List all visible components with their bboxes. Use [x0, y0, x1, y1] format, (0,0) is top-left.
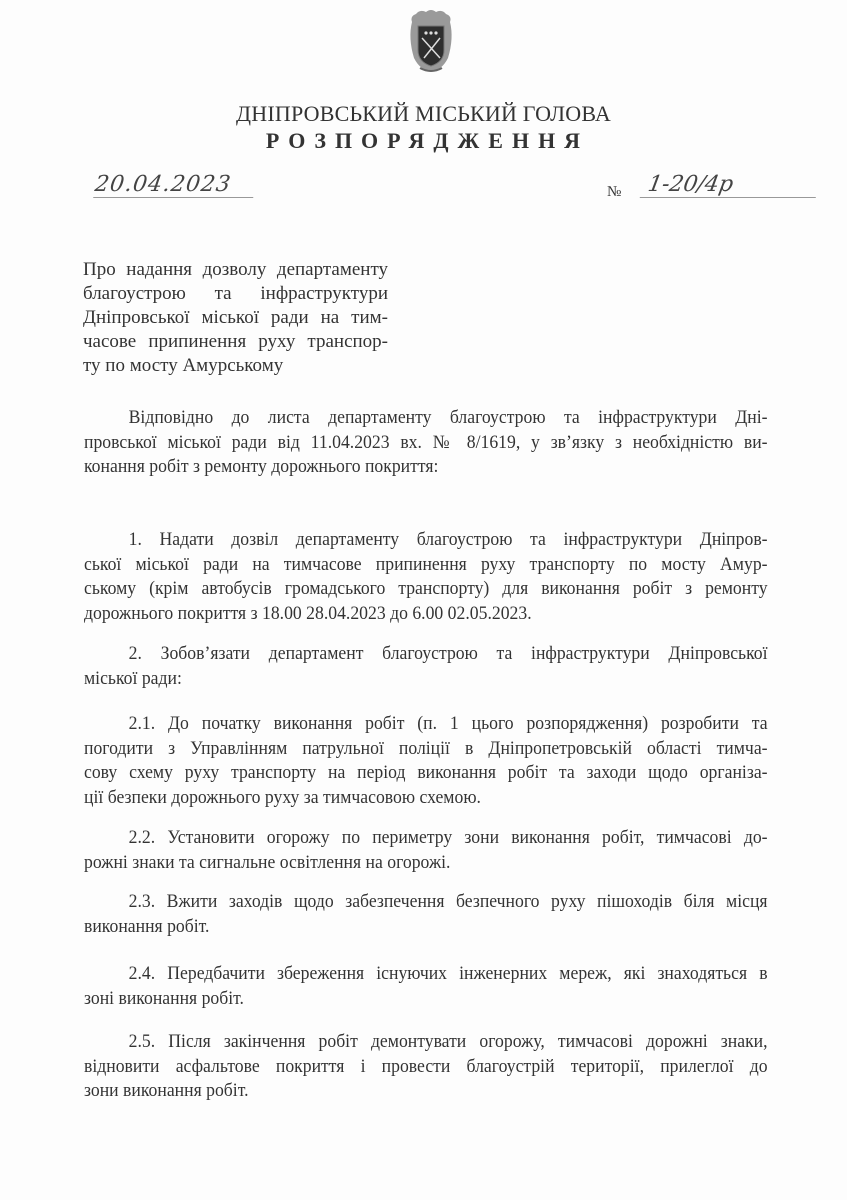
issuer-title: ДНІПРОВСЬКИЙ МІСЬКИЙ ГОЛОВА — [0, 101, 847, 127]
document-number: 1-20/4р — [640, 172, 821, 198]
text-line: 2.4. Передбачити збереження існуючих інж… — [84, 962, 768, 987]
text-line: 2.1. До початку виконання робіт (п. 1 ць… — [84, 712, 768, 737]
item-2-5-paragraph: 2.5. Після закінчення робіт демонтувати … — [84, 1030, 768, 1104]
text-line: провської міської ради від 11.04.2023 вх… — [84, 431, 768, 456]
text-line: Відповідно до листа департаменту благоус… — [84, 406, 768, 431]
document-page: ДНІПРОВСЬКИЙ МІСЬКИЙ ГОЛОВА РОЗПОРЯДЖЕНН… — [0, 0, 847, 1200]
text-line: 2.2. Установити огорожу по периметру зон… — [84, 826, 768, 851]
text-line: конання робіт з ремонту дорожнього покри… — [84, 455, 768, 480]
item-2-1-paragraph: 2.1. До початку виконання робіт (п. 1 ць… — [84, 712, 768, 810]
subject-line: Дніпровської міської ради на тим- — [83, 306, 388, 330]
coat-of-arms-icon — [408, 8, 454, 74]
text-line: 2. Зобов’язати департамент благоустрою т… — [84, 642, 768, 667]
item-1-paragraph: 1. Надати дозвіл департаменту благоустро… — [84, 528, 768, 626]
subject-line: часове припинення руху транспор- — [83, 330, 388, 354]
item-2-4-paragraph: 2.4. Передбачити збереження існуючих інж… — [84, 962, 768, 1011]
text-line: 2.3. Вжити заходів щодо забезпечення без… — [84, 890, 768, 915]
text-line: 2.5. Після закінчення робіт демонтувати … — [84, 1030, 768, 1055]
item-2-3-paragraph: 2.3. Вжити заходів щодо забезпечення без… — [84, 890, 768, 939]
text-line: відновити асфальтове покриття і провести… — [84, 1055, 768, 1080]
subject-line: ту по мосту Амурському — [83, 354, 388, 378]
text-line: рожні знаки та сигнальне освітлення на о… — [84, 851, 768, 876]
document-subject: Про надання дозволу департаменту благоус… — [83, 258, 388, 378]
text-line: зоні виконання робіт. — [84, 987, 768, 1012]
number-label: № — [607, 184, 621, 201]
text-line: міської ради: — [84, 667, 768, 692]
text-line: ської міської ради на тимчасове припинен… — [84, 553, 768, 578]
text-line: 1. Надати дозвіл департаменту благоустро… — [84, 528, 768, 553]
item-2-2-paragraph: 2.2. Установити огорожу по периметру зон… — [84, 826, 768, 875]
text-line: зони виконання робіт. — [84, 1079, 768, 1104]
text-line: виконання робіт. — [84, 915, 768, 940]
text-line: дорожнього покриття з 18.00 28.04.2023 д… — [84, 602, 768, 627]
text-line: сову схему руху транспорту на період вик… — [84, 761, 768, 786]
text-line: погодити з Управлінням патрульної поліці… — [84, 737, 768, 762]
subject-line: благоустрою та інфраструктури — [83, 282, 388, 306]
preamble-paragraph: Відповідно до листа департаменту благоус… — [84, 406, 768, 480]
text-line: ському (крім автобусів громадського тран… — [84, 577, 768, 602]
document-date: 20.04.2023 — [93, 172, 257, 198]
item-2-paragraph: 2. Зобов’язати департамент благоустрою т… — [84, 642, 768, 691]
subject-line: Про надання дозволу департаменту — [83, 258, 388, 282]
text-line: ції безпеки дорожнього руху за тимчасово… — [84, 786, 768, 811]
document-type: РОЗПОРЯДЖЕННЯ — [0, 128, 847, 154]
